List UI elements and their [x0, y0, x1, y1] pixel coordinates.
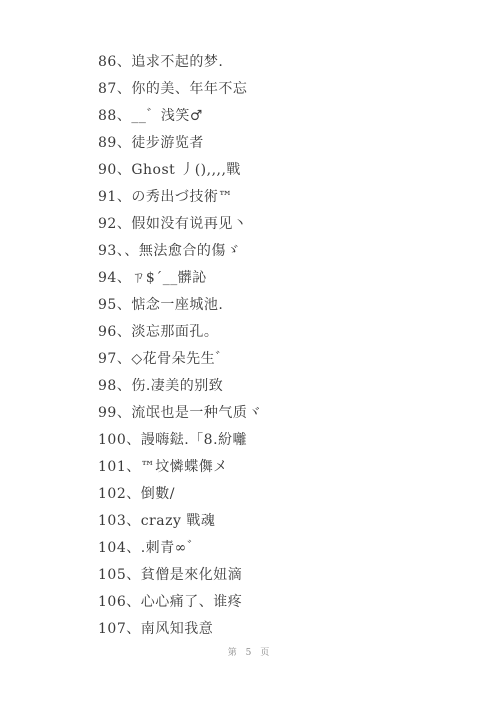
list-item: 96、淡忘那面孔。	[98, 319, 480, 346]
list-item: 102、倒數/	[98, 481, 480, 508]
list-item: 87、你的美、年年不忘	[98, 76, 480, 103]
page-number: 第 5 页	[0, 645, 500, 658]
list-item: 92、假如没有说再见丶	[98, 211, 480, 238]
list-item: 97、◇花骨朵先生゛	[98, 346, 480, 373]
list-item: 100、謾嗨鍅.「8.紛囄	[98, 427, 480, 454]
list-item: 107、南风知我意	[98, 616, 480, 643]
list-item: 105、貧僧是來化妞滴	[98, 562, 480, 589]
list-item: 95、惦念一座城池.	[98, 292, 480, 319]
list-item: 98、伤.凄美的别致	[98, 373, 480, 400]
list-item: 93、、無法愈合的傷ゞ	[98, 238, 480, 265]
list-item: 89、徒步游览者	[98, 130, 480, 157]
list-item: 94、ㄗ$´__髒訫	[98, 265, 480, 292]
list-item: 103、crazy 戰魂	[98, 508, 480, 535]
list-item: 104、.刺青∞゛	[98, 535, 480, 562]
list-item: 106、心心痛了、谁疼	[98, 589, 480, 616]
list-item: 88、__゛浅笑♂	[98, 103, 480, 130]
document-page: 86、追求不起的梦. 87、你的美、年年不忘 88、__゛浅笑♂ 89、徒步游览…	[0, 0, 500, 708]
list-item: 91、の秀出づ技術™	[98, 184, 480, 211]
list-item: 101、™坟憐蝶儛メ	[98, 454, 480, 481]
list-item: 90、Ghost 丿(),,,,戰	[98, 157, 480, 184]
list-item: 99、流氓也是一种气质ヾ	[98, 400, 480, 427]
list-item: 86、追求不起的梦.	[98, 49, 480, 76]
nickname-list: 86、追求不起的梦. 87、你的美、年年不忘 88、__゛浅笑♂ 89、徒步游览…	[98, 49, 480, 643]
